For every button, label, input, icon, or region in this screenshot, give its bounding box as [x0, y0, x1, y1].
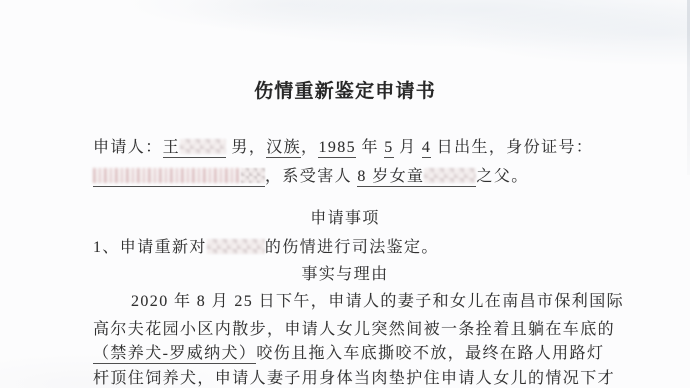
applicant-surname: 王 [163, 139, 180, 156]
section-heading-facts: 事实与理由 [0, 265, 690, 285]
victim-field: 8 岁女童 [357, 168, 476, 187]
victim-age-text: 8 岁女童 [357, 168, 424, 185]
item1-prefix: 1、申请重新对 [93, 239, 207, 256]
month-suffix: 月 [394, 139, 422, 156]
matter-item-1: 1、申请重新对的伤情进行司法鉴定。 [93, 238, 439, 258]
redaction-applicant-name [180, 139, 226, 154]
ethnicity-field: 汉族 [266, 139, 301, 158]
birth-year-field: 1985 [318, 139, 356, 158]
redaction-victim-name [424, 168, 476, 183]
facts-line-2: 高尔夫花园小区内散步，申请人女儿突然间被一条拴着且躺在车底的 [93, 320, 615, 340]
item1-suffix: 的伤情进行司法鉴定。 [265, 239, 439, 256]
gender-text: 男， [231, 139, 266, 156]
victim-intro: ，系受害人 [265, 168, 357, 185]
facts-line-3: （禁养犬-罗威纳犬）咬伤且拖入车底撕咬不放，最终在路人用路灯 [93, 344, 604, 364]
section-heading-matters: 申请事项 [0, 209, 690, 229]
father-suffix: 之父。 [476, 168, 528, 185]
redaction-id-tail [241, 168, 265, 183]
day-suffix: 日出生，身份证号： [431, 139, 593, 156]
applicant-label: 申请人： [93, 139, 163, 156]
facts-line-3-rest: 咬伤且拖入车底撕咬不放，最终在路人用路灯 [256, 345, 604, 362]
comma: ， [301, 139, 318, 156]
redaction-item1-name [207, 239, 265, 254]
birth-day-field: 4 [422, 139, 431, 158]
document-title: 伤情重新鉴定申请书 [0, 82, 690, 102]
birth-month-field: 5 [384, 139, 393, 158]
id-number-field [93, 168, 265, 187]
facts-line-4: 杆顶住饲养犬，申请人妻子用身体当肉垫护住申请人女儿的情况下才 [93, 369, 615, 388]
document-page: 伤情重新鉴定申请书 申请人：王 男，汉族，1985 年 5 月 4 日出生，身份… [0, 0, 690, 388]
redaction-id-number [93, 168, 241, 183]
applicant-name-field: 王 [163, 139, 226, 158]
applicant-line: 申请人：王 男，汉族，1985 年 5 月 4 日出生，身份证号： [93, 138, 593, 158]
banned-dog-underlined: （禁养犬-罗威纳犬） [93, 345, 256, 364]
year-suffix: 年 [356, 139, 384, 156]
facts-line-1: 2020 年 8 月 25 日下午，申请人的妻子和女儿在南昌市保利国际 [93, 292, 624, 312]
id-line: ，系受害人 8 岁女童之父。 [93, 167, 529, 187]
